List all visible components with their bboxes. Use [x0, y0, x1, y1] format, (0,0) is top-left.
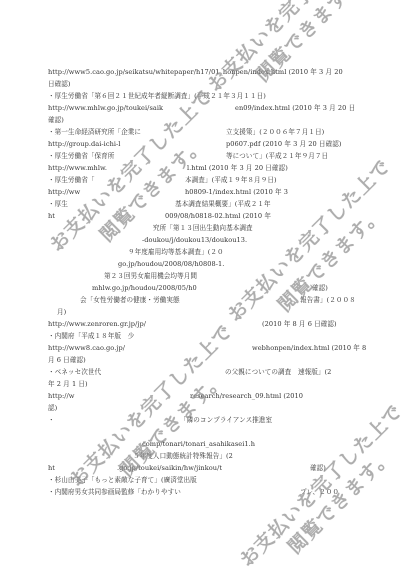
text-line-segment: ・厚生労働省「 — [48, 176, 95, 184]
text-line-segment: http://group.dai-ichi-l — [48, 140, 120, 148]
text-line-segment: 立支援策」(２００６年７月１日) — [226, 128, 324, 136]
text-line-segment: 基本調査結果概要」(平成２１年 — [175, 200, 271, 208]
text-line-segment: 確認) — [312, 284, 328, 292]
watermark-line-1: お支払いを完了した上で — [201, 0, 376, 97]
text-line-segment: 第２３回男女雇用機会均等月間 — [104, 272, 197, 280]
text-line-segment: プレ、２００ — [300, 488, 339, 496]
text-line-segment: 報告書」(２００８ — [300, 296, 356, 304]
document-page: http://www5.cao.go.jp/seikatsu/whitepape… — [0, 0, 410, 580]
text-line-segment: ・第一生命経済研究所「企業に — [48, 128, 141, 136]
text-line-segment: http://www.zenroren.gr.jp/jp/ — [48, 320, 146, 328]
text-line-segment: .go.jp/toukei/saikin/hw/jinkou/t — [117, 464, 222, 472]
text-line-segment: 確認) — [310, 464, 326, 472]
text-line-segment: 年 2 月 1 日) — [48, 380, 88, 388]
text-line-segment: ・内閣府男女共同参画局監修「わかりやすい — [48, 488, 181, 496]
text-line-segment: 認) — [48, 404, 57, 412]
text-line-segment: (2010 年 8 月 6 日確認) — [262, 320, 337, 328]
watermark-line-2: 閲覧できます。 — [281, 442, 398, 559]
text-line-segment: p0607.pdf (2010 年 3 月 20 日確認) — [226, 140, 342, 148]
text-line-segment: ・ — [48, 416, 55, 424]
text-line-segment: http://ww — [48, 188, 80, 196]
text-line-segment: 「隣のコンプライアンス推進室 — [180, 416, 272, 424]
text-line-segment: http://w — [48, 392, 74, 400]
text-line-segment: 確認) — [48, 116, 64, 124]
text-line-segment: ９年度雇用均等基本調査」(２０ — [128, 248, 224, 256]
text-line-segment: ・内閣府「平成１８年版 少 — [48, 332, 134, 340]
text-line-segment: 本調査」(平成１９年８月９日) — [185, 176, 277, 184]
text-line-segment: 月 6 日確認) — [48, 356, 86, 364]
text-line-segment: 会「女性労働者の健康・労働実態 — [80, 296, 180, 304]
text-line-segment: http://www5.cao.go.jp/seikatsu/whitepape… — [48, 68, 343, 76]
text-line-segment: h0809-1/index.html (2010 年 3 — [185, 188, 288, 196]
text-line-segment: -doukou/j/doukou13/doukou13. — [142, 236, 247, 244]
text-line-segment: ・厚生労働省「保育所 — [48, 152, 114, 160]
text-line-segment: ・厚生労働省「第６回２１世紀成年者縦断調査」(平成２１年３月１１日) — [48, 92, 266, 100]
text-line-segment: ・杉山由美子「もっと素敵な子育て」(廣済堂出版 — [48, 476, 197, 484]
text-line-segment: 009/08/h0818-02.html (2010 年 — [165, 212, 271, 220]
text-line-segment: webhonpen/index.html (2010 年 8 — [252, 344, 366, 352]
text-line-segment: ・ベネッセ次世代 — [48, 368, 101, 376]
text-line-segment: http://www.mhlw.go.jp/toukei/saik — [48, 104, 163, 112]
text-line-segment: ht — [48, 464, 55, 472]
text-line-segment: comp/tonari/tonari_asahikasei1.h — [142, 440, 255, 448]
text-line-segment: mhlw.go.jp/houdou/2008/05/h0 — [92, 284, 197, 292]
text-line-segment: research/research_09.html (2010 — [190, 392, 303, 400]
text-line-segment: en09/index.html (2010 年 3 月 20 日 — [235, 104, 355, 112]
text-line-segment: 等について」(平成２１年９月７日 — [226, 152, 328, 160]
text-line-segment: ・厚生 — [48, 200, 68, 208]
text-line-segment: 月) — [57, 308, 66, 316]
text-line-segment: ５年度人口動態統計特殊報告」(2 — [133, 452, 233, 460]
text-line-segment: http://www8.cao.go.jp/ — [48, 344, 125, 352]
text-line-segment: l.html (2010 年 3 月 20 日確認) — [187, 164, 288, 172]
text-line-segment: http://www.mhlw. — [48, 164, 107, 172]
text-line-segment: 究所「第１３回出生動向基本調査 — [153, 224, 253, 232]
text-line-segment: 日確認) — [48, 80, 71, 88]
text-line-segment: ht — [48, 212, 55, 220]
text-line-segment: の父親についての調査 速報版」(2 — [225, 368, 331, 376]
text-line-segment: go.jp/houdou/2008/08/h0808-1. — [118, 260, 224, 268]
